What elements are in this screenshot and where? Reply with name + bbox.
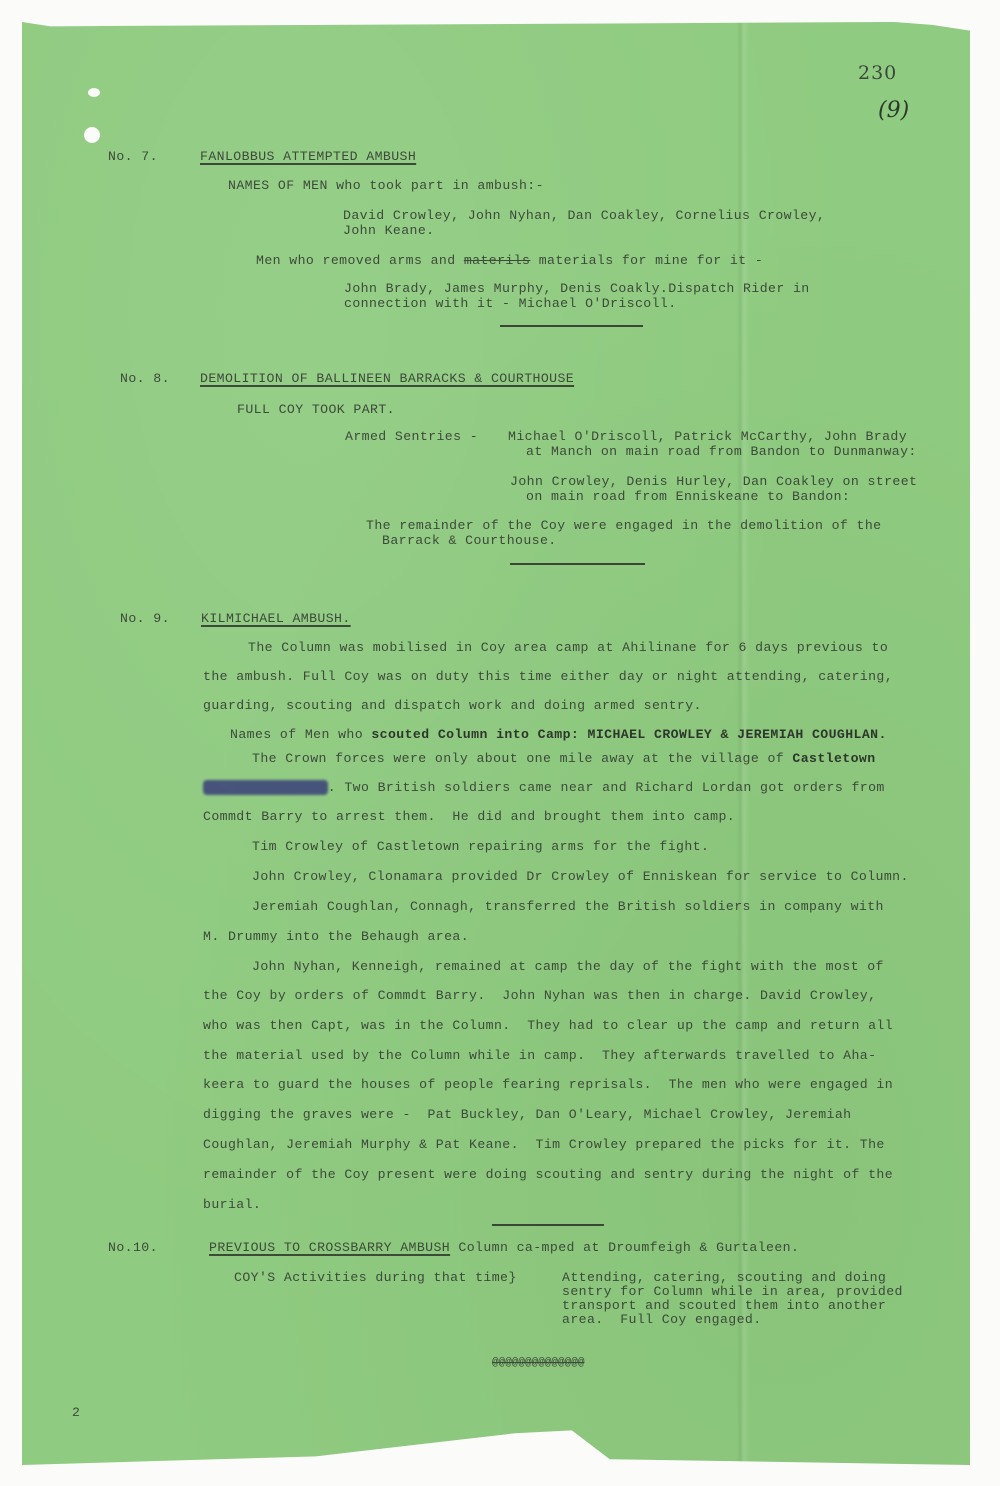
section-title: DEMOLITION OF BALLINEEN BARRACKS & COURT… — [200, 371, 574, 386]
text-line: the ambush. Full Coy was on duty this ti… — [203, 669, 893, 684]
text-line: Jeremiah Coughlan, Connagh, transferred … — [252, 899, 884, 914]
text-line: Armed Sentries - — [345, 429, 478, 444]
text-line: sentry for Column while in area, provide… — [562, 1284, 903, 1299]
ink-blot-redaction: during the camp — [203, 780, 328, 795]
struck-word: materils — [464, 253, 531, 268]
text-line: The Column was mobilised in Coy area cam… — [248, 640, 888, 655]
text-line: during the camp. Two British soldiers ca… — [203, 780, 885, 795]
text-line: the material used by the Column while in… — [203, 1048, 876, 1063]
text-line: Men who removed arms and materils materi… — [256, 253, 763, 268]
section-title-line: PREVIOUS TO CROSSBARRY AMBUSH Column ca-… — [209, 1240, 799, 1255]
text-line: The Crown forces were only about one mil… — [252, 751, 876, 766]
text-line: remainder of the Coy present were doing … — [203, 1167, 893, 1182]
text-line: area. Full Coy engaged. — [562, 1312, 762, 1327]
text-line: John Nyhan, Kenneigh, remained at camp t… — [252, 959, 884, 974]
text-line: guarding, scouting and dispatch work and… — [203, 698, 702, 713]
archive-stamp-number: 230 — [858, 62, 897, 84]
text-line: connection with it - Michael O'Driscoll. — [344, 296, 677, 311]
text-line: Names of Men who scouted Column into Cam… — [230, 727, 887, 742]
text-line: Coughlan, Jeremiah Murphy & Pat Keane. T… — [203, 1137, 885, 1152]
text-line: Michael O'Driscoll, Patrick McCarthy, Jo… — [508, 429, 907, 444]
section-title: KILMICHAEL AMBUSH. — [201, 611, 351, 626]
text-line: John Crowley, Clonamara provided Dr Crow… — [252, 869, 909, 884]
text-line: John Keane. — [343, 223, 434, 238]
section-number: No. 9. — [120, 611, 170, 626]
text-line: on main road from Enniskeane to Bandon: — [526, 489, 850, 504]
text-line: burial. — [203, 1197, 261, 1212]
section-number: No. 7. — [108, 149, 158, 164]
text-line: the Coy by orders of Commdt Barry. John … — [203, 988, 876, 1003]
section-divider — [510, 563, 645, 565]
text-line: NAMES OF MEN who took part in ambush:- — [228, 178, 544, 193]
section-number: No. 8. — [120, 371, 170, 386]
section-divider — [500, 325, 643, 327]
section-divider — [492, 1224, 604, 1226]
text-line: FULL COY TOOK PART. — [237, 402, 395, 417]
text-line: John Brady, James Murphy, Denis Coakly.D… — [344, 281, 810, 296]
section-title: FANLOBBUS ATTEMPTED AMBUSH — [200, 149, 416, 164]
end-mark: @@@@@@@@@@@@@@ — [492, 1356, 584, 1371]
text-line: David Crowley, John Nyhan, Dan Coakley, … — [343, 208, 825, 223]
punch-hole — [88, 88, 100, 97]
text-line: Commdt Barry to arrest them. He did and … — [203, 809, 735, 824]
section-number: No.10. — [108, 1240, 158, 1255]
text-line: Attending, catering, scouting and doing — [562, 1270, 886, 1285]
text-line: transport and scouted them into another — [562, 1298, 886, 1313]
text-line: COY'S Activities during that time} — [234, 1270, 517, 1285]
page-number: 2 — [72, 1405, 80, 1420]
text-line: keera to guard the houses of people fear… — [203, 1077, 893, 1092]
text-line: at Manch on main road from Bandon to Dun… — [526, 444, 917, 459]
text-line: who was then Capt, was in the Column. Th… — [203, 1018, 893, 1033]
text-line: The remainder of the Coy were engaged in… — [366, 518, 881, 533]
text-line: Barrack & Courthouse. — [382, 533, 557, 548]
text-line: digging the graves were - Pat Buckley, D… — [203, 1107, 851, 1122]
text-line: Tim Crowley of Castletown repairing arms… — [252, 839, 709, 854]
handwritten-folio-number: (9) — [878, 98, 909, 123]
text-line: M. Drummy into the Behaugh area. — [203, 929, 469, 944]
text-line: John Crowley, Denis Hurley, Dan Coakley … — [510, 474, 917, 489]
punch-hole — [84, 127, 100, 143]
